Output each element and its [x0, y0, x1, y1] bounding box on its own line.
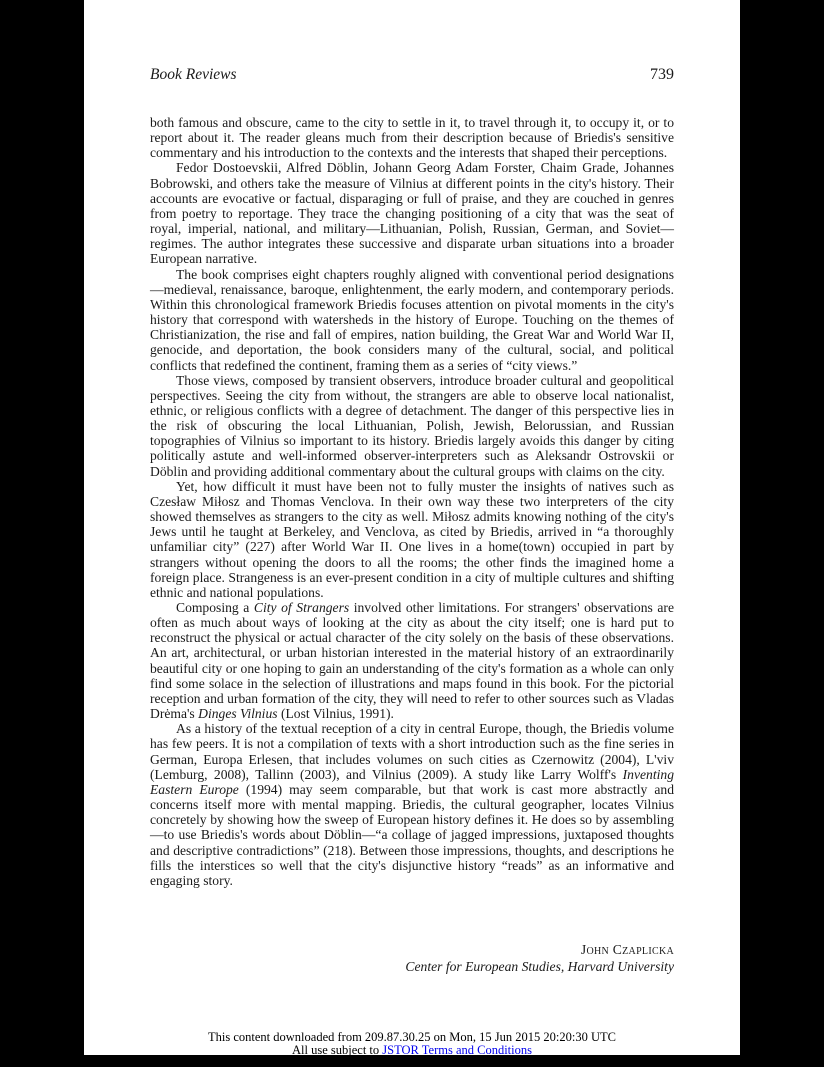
paragraph: As a history of the textual reception of… — [150, 721, 674, 888]
text-run: (Lost Vilnius, 1991). — [278, 706, 394, 721]
paragraph: Composing a City of Strangers involved o… — [150, 600, 674, 721]
terms-link[interactable]: JSTOR Terms and Conditions — [382, 1044, 532, 1055]
reviewer-name: John Czaplicka — [405, 941, 674, 958]
paragraph: both famous and obscure, came to the cit… — [150, 115, 674, 160]
paragraph: Those views, composed by transient obser… — [150, 373, 674, 479]
paragraph: The book comprises eight chapters roughl… — [150, 267, 674, 373]
download-notice: This content downloaded from 209.87.30.2… — [0, 1031, 824, 1044]
review-body: both famous and obscure, came to the cit… — [150, 115, 674, 888]
text-run: Composing a — [176, 600, 254, 615]
reviewer-affiliation: Center for European Studies, Harvard Uni… — [405, 958, 674, 975]
reviewer-signature: John Czaplicka Center for European Studi… — [405, 941, 674, 975]
jstor-footer: This content downloaded from 209.87.30.2… — [0, 1031, 824, 1055]
book-title: Dinges Vilnius — [198, 706, 277, 721]
terms-notice: All use subject to JSTOR Terms and Condi… — [0, 1044, 824, 1055]
paragraph: Yet, how difficult it must have been not… — [150, 479, 674, 600]
document-page: Book Reviews 739 both famous and obscure… — [84, 0, 740, 1055]
terms-prefix: All use subject to — [292, 1044, 382, 1055]
paragraph: Fedor Dostoevskii, Alfred Döblin, Johann… — [150, 160, 674, 266]
page-number: 739 — [650, 66, 674, 84]
book-title: City of Strangers — [254, 600, 349, 615]
text-run: As a history of the textual reception of… — [150, 721, 674, 781]
running-head: Book Reviews 739 — [150, 66, 674, 86]
text-run: (1994) may seem comparable, but that wor… — [150, 782, 674, 888]
bottom-border — [0, 1055, 824, 1067]
running-title: Book Reviews — [150, 66, 237, 84]
text-run: involved other limitations. For stranger… — [150, 600, 674, 721]
